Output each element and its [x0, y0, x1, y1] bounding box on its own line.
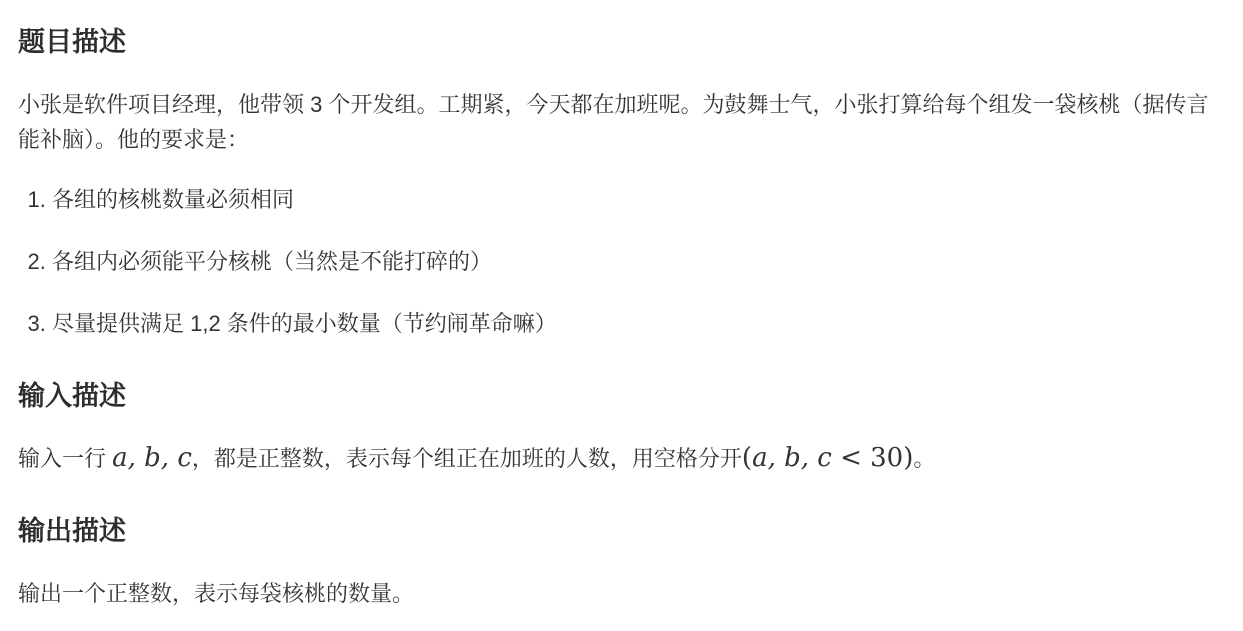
problem-description-heading: 题目描述: [18, 26, 1221, 59]
math-variables: a, b, c: [112, 443, 192, 473]
problem-description-paragraph: 小张是软件项目经理，他带领 3 个开发组。工期紧，今天都在加班呢。为鼓舞士气，小…: [18, 87, 1221, 157]
math-open-paren: (: [742, 443, 752, 473]
input-text-after: 。: [913, 446, 935, 471]
input-text-middle: ，都是正整数，表示每个组正在加班的人数，用空格分开: [192, 446, 742, 471]
requirement-list: 各组的核桃数量必须相同 各组内必须能平分核桃（当然是不能打碎的） 尽量提供满足 …: [18, 182, 1221, 341]
input-description-heading: 输入描述: [18, 380, 1221, 413]
input-description-paragraph: 输入一行 a, b, c，都是正整数，表示每个组正在加班的人数，用空格分开(a,…: [18, 441, 1221, 476]
problem-page: 题目描述 小张是软件项目经理，他带领 3 个开发组。工期紧，今天都在加班呢。为鼓…: [0, 0, 1243, 631]
requirement-item-1: 各组的核桃数量必须相同: [52, 182, 1221, 217]
math-constraint-relation: < 30: [832, 443, 903, 473]
output-description-paragraph: 输出一个正整数，表示每袋核桃的数量。: [18, 576, 1221, 611]
output-description-heading: 输出描述: [18, 515, 1221, 548]
math-close-paren: ): [903, 443, 913, 473]
math-constraint-vars: a, b, c: [752, 443, 832, 473]
requirement-item-2: 各组内必须能平分核桃（当然是不能打碎的）: [52, 244, 1221, 279]
input-text-before: 输入一行: [18, 446, 112, 471]
math-constraint: (a, b, c < 30): [742, 443, 913, 473]
requirement-item-3: 尽量提供满足 1,2 条件的最小数量（节约闹革命嘛）: [52, 306, 1221, 341]
